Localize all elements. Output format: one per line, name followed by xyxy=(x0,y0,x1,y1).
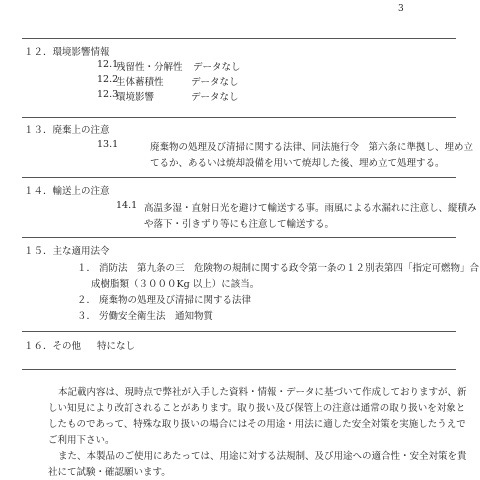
item-label: 生体蓄積性 xyxy=(116,74,164,88)
item-text-line: 高温多湿・直射日光を避けて輸送する事。雨風による水漏れに注意し、縦積み xyxy=(144,200,477,214)
law-num: １． xyxy=(77,260,96,274)
section-value: 特になし xyxy=(97,338,135,352)
disclaimer-line: また、本製品のご使用にあたっては、用途に対する法規制、及び用途への適合性・安全対… xyxy=(58,448,467,462)
divider xyxy=(22,38,456,39)
item-label: 残留性・分解性 xyxy=(116,59,183,73)
disclaimer-line: ご利用下さい。 xyxy=(48,432,115,446)
section-heading: １５．主な適用法令 xyxy=(24,243,110,257)
law-text-line: 消防法 第九条の三 危険物の規制に関する政令第一条の１２別表第四「指定可燃物」合 xyxy=(99,260,479,274)
law-text-line: 成樹脂類（３０００Kg 以上）に該当。 xyxy=(91,276,259,290)
divider xyxy=(22,369,456,370)
item-text-line: や落下・引きずり等にも注意して輸送する。 xyxy=(144,216,334,230)
item-value: データなし xyxy=(191,74,239,88)
section-heading: １６．その他 xyxy=(24,338,81,352)
item-label: 環境影響 xyxy=(116,89,154,103)
disclaimer-line: 本記載内容は、現時点で弊社が入手した資料・情報・データに基づいて作成しております… xyxy=(58,384,467,398)
item-num: 13.1 xyxy=(97,139,118,150)
item-num: 14.1 xyxy=(116,200,137,211)
item-text-line: てるか、あるいは焼却設備を用いて焼却した後、埋め立て処理する。 xyxy=(150,155,445,169)
item-num: 12.3 xyxy=(97,89,118,100)
divider xyxy=(22,117,456,118)
section-heading: １３．廃棄上の注意 xyxy=(24,122,110,136)
section-heading: １４．輸送上の注意 xyxy=(24,183,110,197)
item-text-line: 廃棄物の処理及び清掃に関する法律、同法施行令 第六条に準拠し、埋め立 xyxy=(150,139,473,153)
divider xyxy=(22,331,456,332)
law-num: ２． xyxy=(77,292,96,306)
item-value: データなし xyxy=(193,59,241,73)
divider xyxy=(22,237,456,238)
disclaimer-line: 社にて試験・確認願います。 xyxy=(48,464,171,478)
item-num: 12.2 xyxy=(97,74,118,85)
item-value: データなし xyxy=(191,89,239,103)
section-heading: １２．環境影響情報 xyxy=(24,44,110,58)
disclaimer-line: しい知見により改訂されることがあります。取り扱い及び保管上の注意は通常の取り扱い… xyxy=(48,400,465,414)
item-num: 12.1 xyxy=(97,59,118,70)
law-text-line: 労働安全衛生法 通知物質 xyxy=(99,308,213,322)
page-number: 3 xyxy=(398,4,404,14)
disclaimer-line: したものであって、特殊な取り扱いの場合にはその用途・用法に適した安全対策を実施し… xyxy=(48,416,466,430)
law-num: ３． xyxy=(77,308,96,322)
divider xyxy=(22,177,456,178)
law-text-line: 廃棄物の処理及び清掃に関する法律 xyxy=(99,292,251,306)
